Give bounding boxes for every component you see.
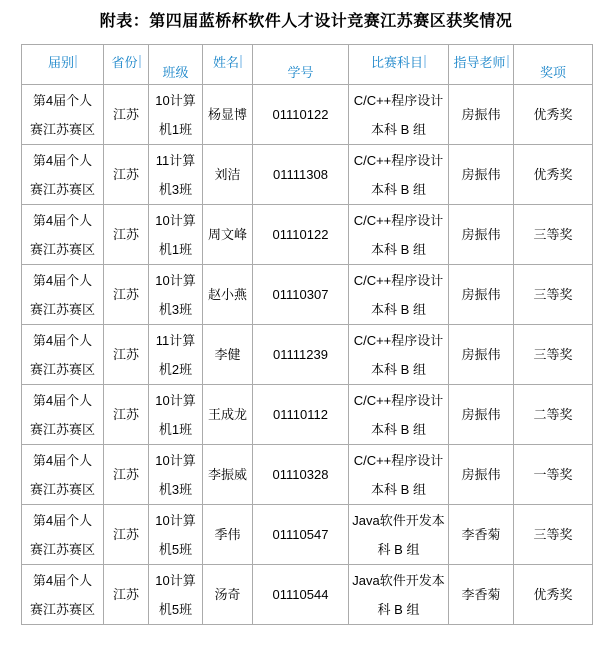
cell-name: 李健 <box>203 325 253 385</box>
cell-line: Java软件开发本 <box>349 566 448 595</box>
cell-province: 江苏 <box>104 565 149 625</box>
cell-province: 江苏 <box>104 265 149 325</box>
cell-line: 机5班 <box>149 535 202 564</box>
cell-line: 江苏 <box>104 160 148 189</box>
cell-award: 三等奖 <box>514 265 593 325</box>
cell-province: 江苏 <box>104 385 149 445</box>
cell-subject: Java软件开发本科 B 组 <box>349 505 449 565</box>
cell-award: 优秀奖 <box>514 145 593 205</box>
cell-line: 科 B 组 <box>349 535 448 564</box>
cell-line: 机3班 <box>149 475 202 504</box>
cell-line: 第4届个人 <box>22 86 103 115</box>
cell-line: 第4届个人 <box>22 206 103 235</box>
column-header-award: 奖项 <box>514 45 593 85</box>
cell-line: 江苏 <box>104 340 148 369</box>
cell-line: 01110544 <box>253 580 348 609</box>
cell-line: C/C++程序设计 <box>349 326 448 355</box>
table-body: 第4届个人赛江苏赛区江苏10计算机1班杨显博01110122C/C++程序设计本… <box>22 85 593 625</box>
cell-line: 优秀奖 <box>514 160 592 189</box>
cell-subject: C/C++程序设计本科 B 组 <box>349 445 449 505</box>
cursor-mark-icon <box>507 55 509 68</box>
cell-line: 赛江苏赛区 <box>22 175 103 204</box>
cell-student_id: 01110307 <box>253 265 349 325</box>
cell-student_id: 01111239 <box>253 325 349 385</box>
cell-name: 王成龙 <box>203 385 253 445</box>
cell-student_id: 01111308 <box>253 145 349 205</box>
page: 附表：第四届蓝桥杯软件人才设计竞赛江苏赛区获奖情况 届别省份班级姓名学号比赛科目… <box>0 0 612 625</box>
cell-award: 优秀奖 <box>514 85 593 145</box>
cell-session: 第4届个人赛江苏赛区 <box>22 385 104 445</box>
cursor-mark-icon <box>240 55 242 68</box>
cell-line: 11计算 <box>149 326 202 355</box>
cell-line: 01110307 <box>253 280 348 309</box>
cell-line: 优秀奖 <box>514 100 592 129</box>
cell-line: 赛江苏赛区 <box>22 115 103 144</box>
cell-line: 本科 B 组 <box>349 355 448 384</box>
cell-line: 一等奖 <box>514 460 592 489</box>
table-row: 第4届个人赛江苏赛区江苏10计算机3班李振威01110328C/C++程序设计本… <box>22 445 593 505</box>
cell-student_id: 01110122 <box>253 85 349 145</box>
cell-class: 10计算机1班 <box>149 205 203 265</box>
cell-name: 周文峰 <box>203 205 253 265</box>
cell-line: 李振威 <box>203 460 252 489</box>
cell-name: 李振威 <box>203 445 253 505</box>
cell-line: 第4届个人 <box>22 386 103 415</box>
cell-name: 季伟 <box>203 505 253 565</box>
cell-line: 机5班 <box>149 595 202 624</box>
cell-line: 10计算 <box>149 206 202 235</box>
cell-province: 江苏 <box>104 85 149 145</box>
column-header-name: 姓名 <box>203 45 253 85</box>
cell-line: 本科 B 组 <box>349 295 448 324</box>
cursor-mark-icon <box>424 55 426 68</box>
cell-line: 王成龙 <box>203 400 252 429</box>
cell-line: 本科 B 组 <box>349 115 448 144</box>
cell-subject: C/C++程序设计本科 B 组 <box>349 145 449 205</box>
cell-student_id: 01110328 <box>253 445 349 505</box>
cell-subject: C/C++程序设计本科 B 组 <box>349 385 449 445</box>
cell-line: 江苏 <box>104 280 148 309</box>
cell-advisor: 李香菊 <box>449 565 514 625</box>
cell-line: 三等奖 <box>514 340 592 369</box>
cell-line: 10计算 <box>149 86 202 115</box>
column-header-class: 班级 <box>149 45 203 85</box>
column-header-label: 届别 <box>48 52 74 71</box>
cell-line: 赛江苏赛区 <box>22 295 103 324</box>
cell-line: C/C++程序设计 <box>349 146 448 175</box>
cell-line: C/C++程序设计 <box>349 206 448 235</box>
cell-line: 李健 <box>203 340 252 369</box>
cell-advisor: 房振伟 <box>449 265 514 325</box>
cell-advisor: 房振伟 <box>449 445 514 505</box>
cell-award: 三等奖 <box>514 505 593 565</box>
cell-session: 第4届个人赛江苏赛区 <box>22 325 104 385</box>
cell-line: 10计算 <box>149 506 202 535</box>
cell-province: 江苏 <box>104 205 149 265</box>
column-header-label: 奖项 <box>540 62 566 81</box>
cell-award: 一等奖 <box>514 445 593 505</box>
cell-line: 01110122 <box>253 100 348 129</box>
cell-line: 房振伟 <box>449 220 513 249</box>
cell-award: 三等奖 <box>514 205 593 265</box>
table-row: 第4届个人赛江苏赛区江苏11计算机3班刘洁01111308C/C++程序设计本科… <box>22 145 593 205</box>
cell-line: 01111308 <box>253 160 348 189</box>
cell-advisor: 李香菊 <box>449 505 514 565</box>
cell-session: 第4届个人赛江苏赛区 <box>22 205 104 265</box>
cell-line: 房振伟 <box>449 460 513 489</box>
cell-line: 优秀奖 <box>514 580 592 609</box>
cell-line: 本科 B 组 <box>349 475 448 504</box>
cell-line: 江苏 <box>104 520 148 549</box>
cell-line: 机1班 <box>149 415 202 444</box>
cell-class: 10计算机5班 <box>149 565 203 625</box>
table-row: 第4届个人赛江苏赛区江苏10计算机1班王成龙01110112C/C++程序设计本… <box>22 385 593 445</box>
cell-award: 二等奖 <box>514 385 593 445</box>
column-header-province: 省份 <box>104 45 149 85</box>
cell-line: 第4届个人 <box>22 266 103 295</box>
cell-province: 江苏 <box>104 445 149 505</box>
cell-line: 三等奖 <box>514 520 592 549</box>
cursor-mark-icon <box>75 55 77 68</box>
cell-line: 01110547 <box>253 520 348 549</box>
column-header-label: 姓名 <box>213 52 239 71</box>
table-row: 第4届个人赛江苏赛区江苏10计算机3班赵小燕01110307C/C++程序设计本… <box>22 265 593 325</box>
cell-province: 江苏 <box>104 505 149 565</box>
column-header-subject: 比赛科目 <box>349 45 449 85</box>
cell-line: 房振伟 <box>449 400 513 429</box>
cell-line: Java软件开发本 <box>349 506 448 535</box>
cell-class: 10计算机5班 <box>149 505 203 565</box>
column-header-label: 指导老师 <box>453 52 505 71</box>
cell-line: 01111239 <box>253 340 348 369</box>
cell-name: 赵小燕 <box>203 265 253 325</box>
cell-line: 赛江苏赛区 <box>22 595 103 624</box>
cell-class: 10计算机3班 <box>149 265 203 325</box>
table-row: 第4届个人赛江苏赛区江苏10计算机5班汤奇01110544Java软件开发本科 … <box>22 565 593 625</box>
cell-award: 优秀奖 <box>514 565 593 625</box>
cell-line: 赛江苏赛区 <box>22 475 103 504</box>
cell-line: 房振伟 <box>449 100 513 129</box>
cell-line: 汤奇 <box>203 580 252 609</box>
cell-class: 11计算机2班 <box>149 325 203 385</box>
cell-line: C/C++程序设计 <box>349 386 448 415</box>
cell-line: 本科 B 组 <box>349 415 448 444</box>
cell-line: 周文峰 <box>203 220 252 249</box>
column-header-label: 省份 <box>111 52 137 71</box>
cell-student_id: 01110112 <box>253 385 349 445</box>
cell-line: 第4届个人 <box>22 506 103 535</box>
cell-line: 11计算 <box>149 146 202 175</box>
cell-subject: C/C++程序设计本科 B 组 <box>349 325 449 385</box>
cell-line: 01110122 <box>253 220 348 249</box>
cell-session: 第4届个人赛江苏赛区 <box>22 565 104 625</box>
cell-advisor: 房振伟 <box>449 145 514 205</box>
cell-line: 赵小燕 <box>203 280 252 309</box>
column-header-advisor: 指导老师 <box>449 45 514 85</box>
cell-province: 江苏 <box>104 145 149 205</box>
cell-line: 季伟 <box>203 520 252 549</box>
cell-advisor: 房振伟 <box>449 385 514 445</box>
cell-line: 本科 B 组 <box>349 175 448 204</box>
cell-line: 刘洁 <box>203 160 252 189</box>
cell-subject: C/C++程序设计本科 B 组 <box>349 265 449 325</box>
cell-line: 李香菊 <box>449 580 513 609</box>
cell-line: 房振伟 <box>449 340 513 369</box>
cell-advisor: 房振伟 <box>449 205 514 265</box>
cell-line: 江苏 <box>104 460 148 489</box>
cell-session: 第4届个人赛江苏赛区 <box>22 445 104 505</box>
cell-line: 李香菊 <box>449 520 513 549</box>
cell-line: 科 B 组 <box>349 595 448 624</box>
cell-line: 二等奖 <box>514 400 592 429</box>
cell-line: 第4届个人 <box>22 566 103 595</box>
table-header-row: 届别省份班级姓名学号比赛科目指导老师奖项 <box>22 45 593 85</box>
cell-line: 三等奖 <box>514 280 592 309</box>
cell-line: 01110328 <box>253 460 348 489</box>
cell-advisor: 房振伟 <box>449 325 514 385</box>
cell-line: 机1班 <box>149 115 202 144</box>
cell-student_id: 01110547 <box>253 505 349 565</box>
cell-class: 10计算机1班 <box>149 85 203 145</box>
cell-line: 房振伟 <box>449 280 513 309</box>
cell-line: 机3班 <box>149 295 202 324</box>
table-row: 第4届个人赛江苏赛区江苏10计算机1班杨显博01110122C/C++程序设计本… <box>22 85 593 145</box>
cell-line: 10计算 <box>149 446 202 475</box>
table-row: 第4届个人赛江苏赛区江苏10计算机5班季伟01110547Java软件开发本科 … <box>22 505 593 565</box>
cell-line: 本科 B 组 <box>349 235 448 264</box>
table-row: 第4届个人赛江苏赛区江苏11计算机2班李健01111239C/C++程序设计本科… <box>22 325 593 385</box>
cell-line: C/C++程序设计 <box>349 446 448 475</box>
cell-name: 杨显博 <box>203 85 253 145</box>
cell-session: 第4届个人赛江苏赛区 <box>22 505 104 565</box>
cell-line: 机1班 <box>149 235 202 264</box>
table-row: 第4届个人赛江苏赛区江苏10计算机1班周文峰01110122C/C++程序设计本… <box>22 205 593 265</box>
cell-subject: Java软件开发本科 B 组 <box>349 565 449 625</box>
cell-line: 江苏 <box>104 220 148 249</box>
cell-subject: C/C++程序设计本科 B 组 <box>349 205 449 265</box>
cell-line: 江苏 <box>104 580 148 609</box>
cell-award: 三等奖 <box>514 325 593 385</box>
cell-line: 江苏 <box>104 100 148 129</box>
cell-line: 机3班 <box>149 175 202 204</box>
cell-name: 汤奇 <box>203 565 253 625</box>
cell-line: 三等奖 <box>514 220 592 249</box>
cell-line: 10计算 <box>149 566 202 595</box>
cell-subject: C/C++程序设计本科 B 组 <box>349 85 449 145</box>
cell-line: 赛江苏赛区 <box>22 235 103 264</box>
column-header-student_id: 学号 <box>253 45 349 85</box>
cell-advisor: 房振伟 <box>449 85 514 145</box>
cell-line: 第4届个人 <box>22 146 103 175</box>
cell-class: 10计算机3班 <box>149 445 203 505</box>
cell-line: 江苏 <box>104 400 148 429</box>
cell-line: 机2班 <box>149 355 202 384</box>
cell-line: 第4届个人 <box>22 446 103 475</box>
cell-name: 刘洁 <box>203 145 253 205</box>
cell-student_id: 01110122 <box>253 205 349 265</box>
cell-line: 01110112 <box>253 400 348 429</box>
awards-table: 届别省份班级姓名学号比赛科目指导老师奖项 第4届个人赛江苏赛区江苏10计算机1班… <box>21 44 593 625</box>
cell-line: C/C++程序设计 <box>349 266 448 295</box>
cell-class: 11计算机3班 <box>149 145 203 205</box>
cell-line: 10计算 <box>149 266 202 295</box>
column-header-session: 届别 <box>22 45 104 85</box>
cell-student_id: 01110544 <box>253 565 349 625</box>
cell-line: 杨显博 <box>203 100 252 129</box>
cell-line: C/C++程序设计 <box>349 86 448 115</box>
column-header-label: 班级 <box>162 62 188 81</box>
cell-province: 江苏 <box>104 325 149 385</box>
page-title: 附表：第四届蓝桥杯软件人才设计竞赛江苏赛区获奖情况 <box>0 0 612 31</box>
cell-class: 10计算机1班 <box>149 385 203 445</box>
cell-line: 赛江苏赛区 <box>22 535 103 564</box>
cell-line: 10计算 <box>149 386 202 415</box>
cursor-mark-icon <box>139 55 141 68</box>
cell-session: 第4届个人赛江苏赛区 <box>22 145 104 205</box>
cell-line: 第4届个人 <box>22 326 103 355</box>
cell-line: 赛江苏赛区 <box>22 355 103 384</box>
cell-session: 第4届个人赛江苏赛区 <box>22 85 104 145</box>
cell-session: 第4届个人赛江苏赛区 <box>22 265 104 325</box>
column-header-label: 学号 <box>287 62 313 81</box>
cell-line: 房振伟 <box>449 160 513 189</box>
column-header-label: 比赛科目 <box>371 52 423 71</box>
cell-line: 赛江苏赛区 <box>22 415 103 444</box>
